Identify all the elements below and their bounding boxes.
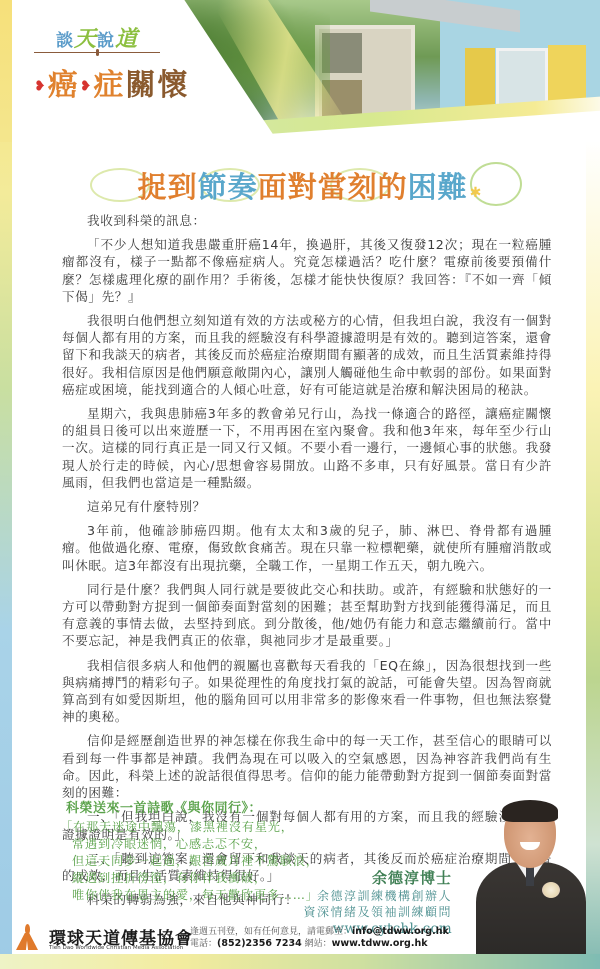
title-part: 節奏 bbox=[198, 170, 258, 204]
poem-block: 科榮送來一首詩歌《與你同行》： 「在那天迷途中飄蕩，漆黑裡沒有星光， 常遇到冷眼… bbox=[66, 797, 336, 904]
footer: 環球天道傳基協會 Tien Dao Worldwide Christian Me… bbox=[0, 914, 600, 969]
org-logo-icon bbox=[16, 924, 38, 950]
title-part: 困難 bbox=[408, 170, 468, 204]
poem-line: 但這天同步一起過，艱苦歲月裡不驚駭浪， bbox=[66, 853, 336, 870]
paragraph: 我收到科榮的訊息： bbox=[62, 212, 552, 229]
footer-gradient-bar bbox=[0, 954, 600, 969]
phone-number: (852)2356 7234 bbox=[217, 938, 302, 949]
paragraph: 我很明白他們想立刻知道有效的方法或秘方的心情，但我坦白說，我沒有一個對每個人都有… bbox=[62, 312, 552, 398]
column-char: 關 bbox=[125, 68, 157, 103]
contact-line-1: 逢週五刊登，如有任何意見，請電郵至：info@tdww.org.hk bbox=[190, 926, 449, 938]
paragraph: 「不少人想知道我患嚴重肝癌14年，換過肝，其後又復發12次；現在一粒癌腫瘤都沒有… bbox=[62, 236, 552, 305]
title-part: 面對當刻的 bbox=[258, 170, 408, 204]
contact-info: 逢週五刊登，如有任何意見，請電郵至：info@tdww.org.hk 電話：(8… bbox=[190, 926, 449, 950]
contact-label: 網站： bbox=[302, 939, 332, 949]
org-name-english: Tien Dao Worldwide Christian Media Assoc… bbox=[49, 945, 183, 951]
contact-line-2: 電話：(852)2356 7234 網站：www.tdww.org.hk bbox=[190, 938, 449, 950]
org-website-link[interactable]: www.tdww.org.hk bbox=[332, 938, 428, 949]
column-char: 癌 bbox=[48, 68, 80, 103]
logo-base bbox=[16, 933, 38, 950]
series-char: 道 bbox=[115, 27, 138, 52]
photo-tie bbox=[526, 866, 534, 886]
title-part: 捉到 bbox=[138, 170, 198, 204]
author-role: 余德淳訓練機構創辦人 bbox=[303, 888, 452, 904]
star-icon: ✱ bbox=[470, 185, 483, 201]
contact-label: 逢週五刊登，如有任何意見，請電郵至： bbox=[190, 927, 352, 937]
poem-line: 「在那天迷途中飄蕩，漆黑裡沒有星光， bbox=[60, 819, 336, 836]
logo-flame bbox=[25, 924, 30, 934]
logo-divider-mark bbox=[96, 49, 99, 56]
column-char: 懷 bbox=[157, 68, 189, 103]
photo-hair bbox=[502, 800, 558, 822]
paragraph: 我相信很多病人和他們的親屬也喜歡每天看我的「EQ在線」，因為很想找到一些與病痛搏… bbox=[62, 657, 552, 726]
article-title-row: 捉到節奏面對當刻的困難✱ bbox=[90, 162, 530, 208]
heart-icon: ❥ bbox=[34, 79, 48, 95]
paragraph: 3年前，他確診肺癌四期。他有太太和3歲的兒子，肺、淋巴、脊骨都有過腫瘤。他做過化… bbox=[62, 522, 552, 574]
poem-line: 縱遇到挫折徬徨，有你伴我衝破， bbox=[66, 870, 336, 887]
paragraph: 信仰是經歷創造世界的神怎樣在你我生命中的每一天工作，甚至信心的眼睛可以看到每一件… bbox=[62, 732, 552, 801]
paragraph: 這弟兄有什麼特別？ bbox=[62, 498, 552, 515]
paragraph: 同行是什麼？我們與人同行就是要彼此交心和扶助。或許，有經驗和狀態好的一方可以帶動… bbox=[62, 581, 552, 650]
article-title: 捉到節奏面對當刻的困難✱ bbox=[138, 165, 483, 206]
series-char: 天 bbox=[74, 27, 97, 52]
right-decorative-strip bbox=[586, 140, 600, 969]
series-char: 說 bbox=[97, 31, 115, 51]
poem-line: 唯你伴我在恩主的愛，每天歡欣更多……」 bbox=[66, 887, 336, 904]
poem-line: 常遇到冷眼迷惘，心感忐忑不安， bbox=[66, 836, 336, 853]
photo-corsage bbox=[542, 882, 560, 898]
column-logo: ❥癌❥症關懷 bbox=[34, 60, 189, 104]
left-decorative-strip bbox=[0, 0, 12, 969]
poem-title: 科榮送來一首詩歌《與你同行》： bbox=[66, 797, 336, 816]
header-banner: 談天說道 ❥癌❥症關懷 bbox=[0, 0, 600, 142]
author-name: 余德淳博士 bbox=[303, 867, 452, 888]
contact-label: 電話： bbox=[190, 939, 217, 949]
column-char: 症 bbox=[93, 68, 125, 103]
banner-shutter-right bbox=[548, 45, 586, 105]
email-link[interactable]: info@tdww.org.hk bbox=[352, 926, 449, 937]
banner-left-strip bbox=[0, 0, 12, 142]
series-char: 談 bbox=[56, 31, 74, 51]
paragraph: 星期六，我與患肺癌3年多的教會弟兄行山，為找一條適合的路徑，讓癌症關懷的組員日後… bbox=[62, 405, 552, 491]
heart-icon: ❥ bbox=[80, 79, 94, 95]
